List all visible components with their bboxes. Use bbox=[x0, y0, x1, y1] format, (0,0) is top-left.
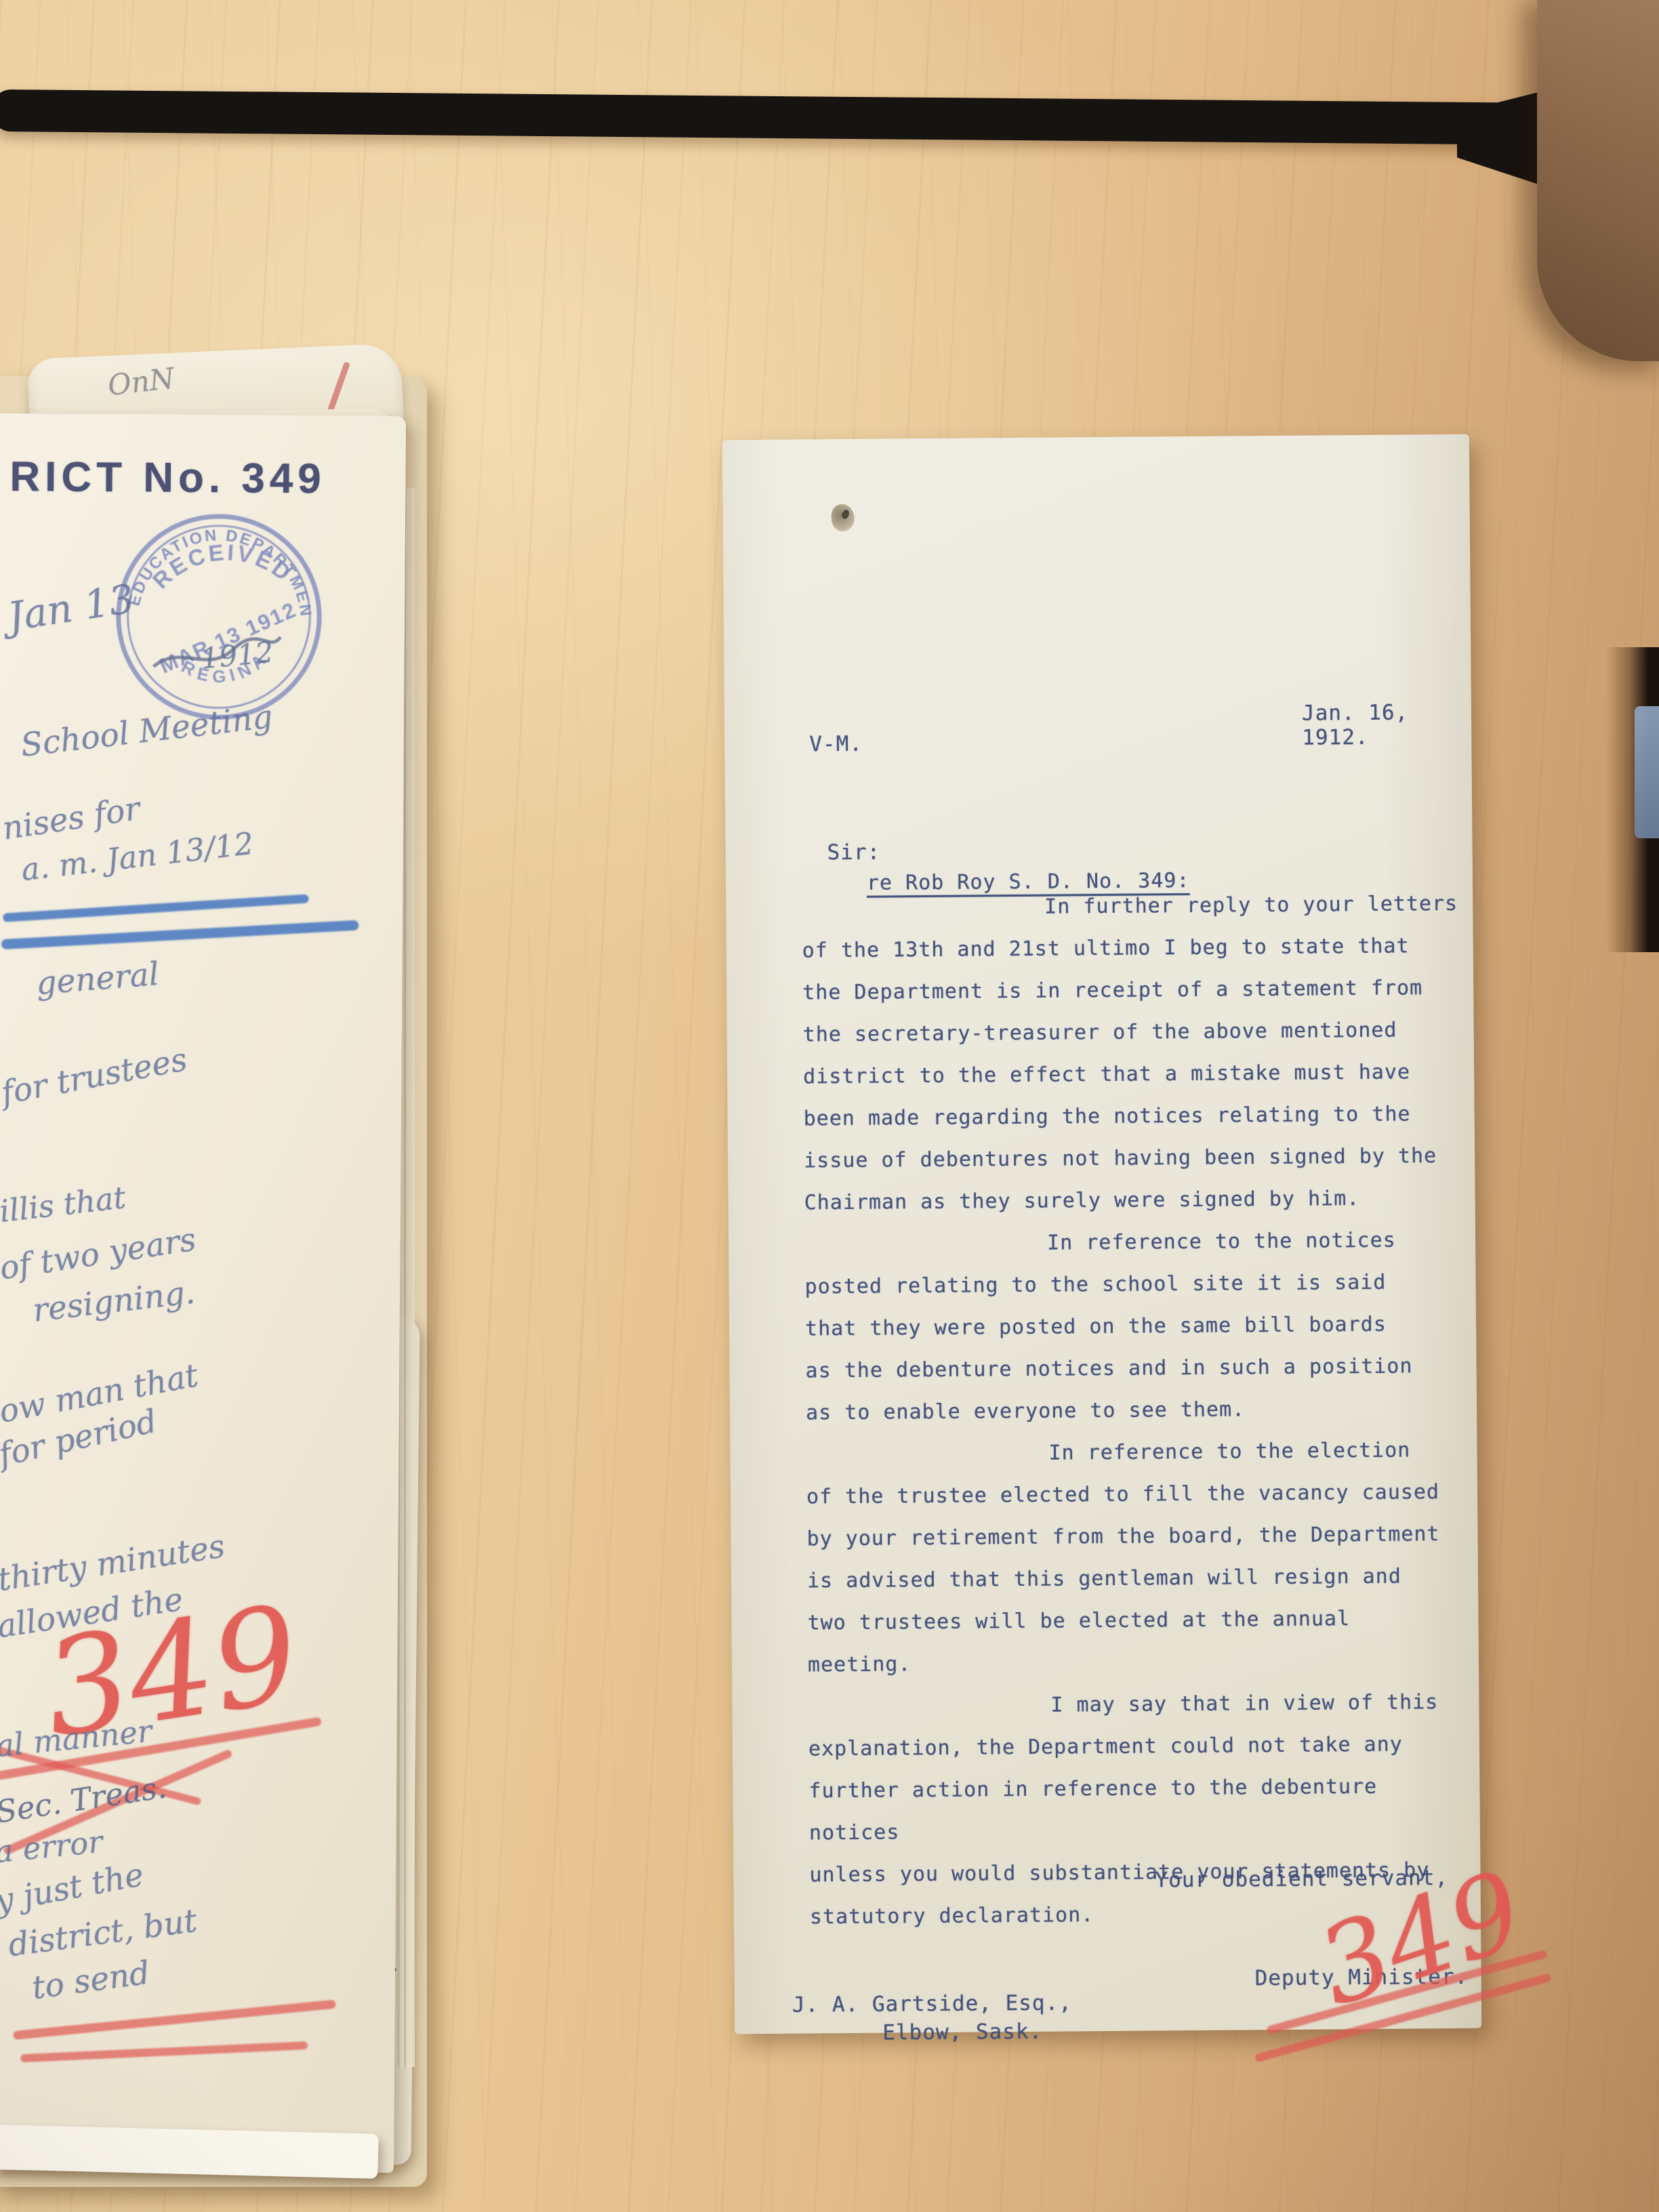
photo-of-archival-documents: NAME NOM Bob Roy, 1910-1923; 1934- 1969 … bbox=[0, 0, 1659, 2212]
photo-vignette bbox=[0, 0, 1659, 2212]
